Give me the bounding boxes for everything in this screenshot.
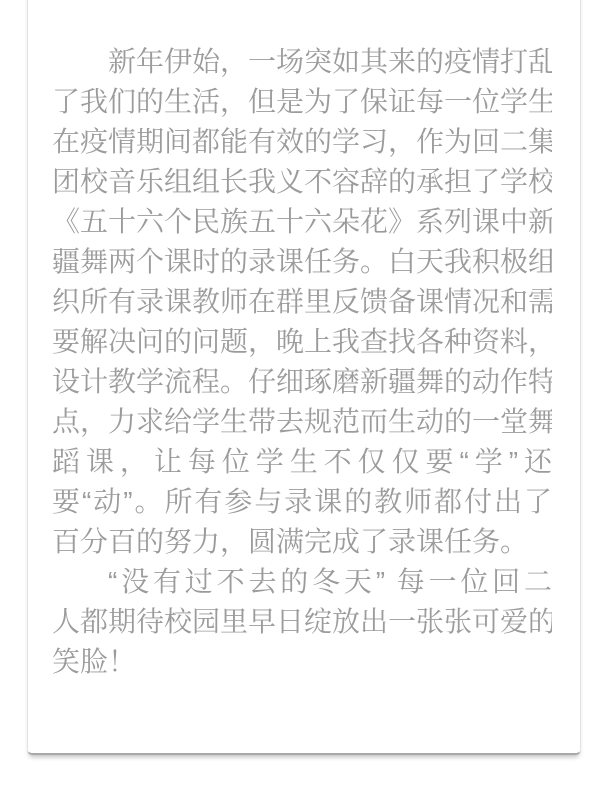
text-line: 笑脸！ <box>52 642 552 682</box>
text-line: 要解决问的问题，晚上我查找各种资料， <box>52 322 552 362</box>
article-card: 新年伊始，一场突如其来的疫情打乱 了我们的生活，但是为了保证每一位学生 在疫情期… <box>27 0 581 755</box>
text-line: 点，力求给学生带去规范而生动的一堂舞 <box>52 402 552 442</box>
text-line: 织所有录课教师在群里反馈备课情况和需 <box>52 282 552 322</box>
text-line: 《五十六个民族五十六朵花》系列课中新 <box>52 202 552 242</box>
text-line: 百分百的努力，圆满完成了录课任务。 <box>52 522 552 562</box>
text-line: 蹈课，让每位学生不仅仅要“学”还 <box>52 442 552 482</box>
text-line: 设计教学流程。仔细琢磨新疆舞的动作特 <box>52 362 552 402</box>
text-line: 了我们的生活，但是为了保证每一位学生 <box>52 82 552 122</box>
text-line: 要“动”。所有参与录课的教师都付出了 <box>52 482 552 522</box>
text-line: 人都期待校园里早日绽放出一张张可爱的 <box>52 602 552 642</box>
paragraph-1: 新年伊始，一场突如其来的疫情打乱 了我们的生活，但是为了保证每一位学生 在疫情期… <box>52 42 552 562</box>
text-line: “没有过不去的冬天” 每一位回二 <box>52 562 552 602</box>
article-page: 新年伊始，一场突如其来的疫情打乱 了我们的生活，但是为了保证每一位学生 在疫情期… <box>0 0 607 795</box>
text-line: 疆舞两个课时的录课任务。白天我积极组 <box>52 242 552 282</box>
text-line: 在疫情期间都能有效的学习，作为回二集 <box>52 122 552 162</box>
text-line: 新年伊始，一场突如其来的疫情打乱 <box>52 42 552 82</box>
paragraph-2: “没有过不去的冬天” 每一位回二 人都期待校园里早日绽放出一张张可爱的 笑脸！ <box>52 562 552 682</box>
text-line: 团校音乐组组长我义不容辞的承担了学校 <box>52 162 552 202</box>
